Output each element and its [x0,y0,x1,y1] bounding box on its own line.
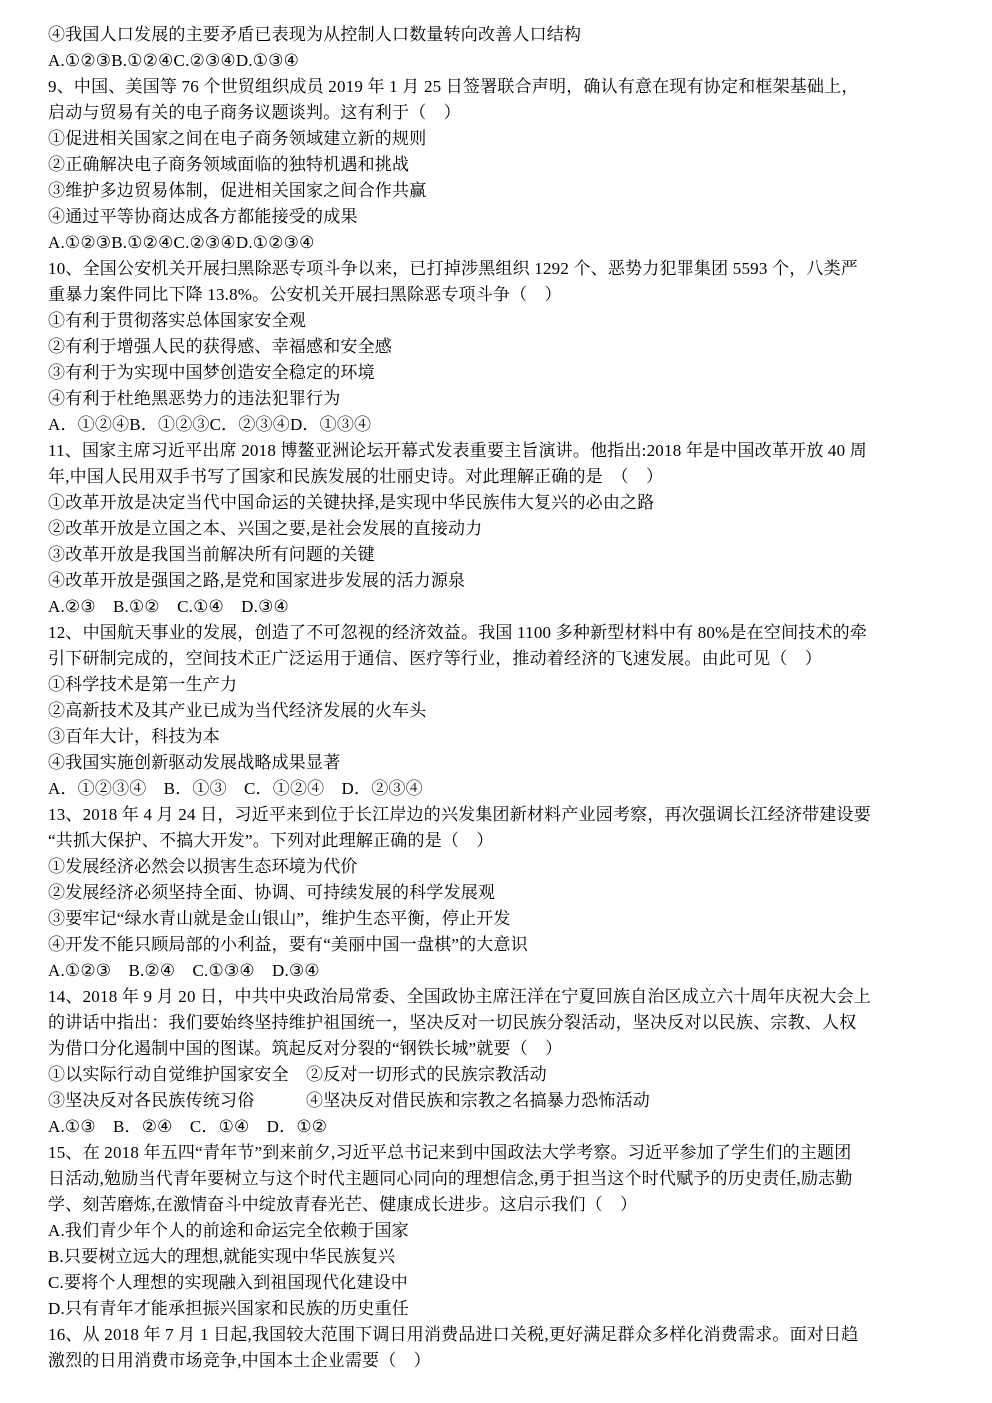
statement-line: ①有利于贯彻落实总体国家安全观 [48,308,944,334]
answer-options-line: A．①②④B．①②③C．②③④D．①③④ [48,412,944,438]
question-16-stem-line: 16、从 2018 年 7 月 1 日起,我国较大范围下调日用消费品进口关税,更… [48,1322,944,1348]
answer-option-line: C.要将个人理想的实现融入到祖国现代化建设中 [48,1270,944,1296]
statement-line: ②有利于增强人民的获得感、幸福感和安全感 [48,334,944,360]
statement-line: ③有利于为实现中国梦创造安全稳定的环境 [48,360,944,386]
question-12-stem-line: 引下研制完成的，空间技术正广泛运用于通信、医疗等行业，推动着经济的飞速发展。由此… [48,646,944,672]
answer-options-line: A.①②③B.①②④C.②③④D.①③④ [48,48,944,74]
statement-line: ③要牢记“绿水青山就是金山银山”，维护生态平衡，停止开发 [48,906,944,932]
question-9-stem-line: 启动与贸易有关的电子商务议题谈判。这有利于（ ） [48,100,944,126]
answer-option-line: B.只要树立远大的理想,就能实现中华民族复兴 [48,1244,944,1270]
statement-line: ①以实际行动自觉维护国家安全 ②反对一切形式的民族宗教活动 [48,1062,944,1088]
exam-document-page: ④我国人口发展的主要矛盾已表现为从控制人口数量转向改善人口结构 A.①②③B.①… [0,0,992,1403]
answer-options-line: A.①③ B．②④ C．①④ D．①② [48,1114,944,1140]
statement-line: ②高新技术及其产业已成为当代经济发展的火车头 [48,698,944,724]
statement-line: ①科学技术是第一生产力 [48,672,944,698]
question-10-stem-line: 10、全国公安机关开展扫黑除恶专项斗争以来，已打掉涉黑组织 1292 个、恶势力… [48,256,944,282]
question-15-stem-line: 日活动,勉励当代青年要树立与这个时代主题同心同向的理想信念,勇于担当这个时代赋予… [48,1166,944,1192]
question-14-stem-line: 的讲话中指出：我们要始终坚持维护祖国统一，坚决反对一切民族分裂活动，坚决反对以民… [48,1010,944,1036]
question-14-stem-line: 14、2018 年 9 月 20 日，中共中央政治局常委、全国政协主席汪洋在宁夏… [48,984,944,1010]
question-16-stem-line: 激烈的日用消费市场竞争,中国本土企业需要（ ） [48,1348,944,1374]
answer-options-line: A．①②③④ B．①③ C．①②④ D．②③④ [48,776,944,802]
statement-line: ③维护多边贸易体制，促进相关国家之间合作共赢 [48,178,944,204]
answer-option-line: D.只有青年才能承担振兴国家和民族的历史重任 [48,1296,944,1322]
statement-line: ④我国实施创新驱动发展战略成果显著 [48,750,944,776]
question-14-stem-line: 为借口分化遏制中国的图谋。筑起反对分裂的“钢铁长城”就要（ ） [48,1036,944,1062]
question-10-stem-line: 重暴力案件同比下降 13.8%。公安机关开展扫黑除恶专项斗争（ ） [48,282,944,308]
statement-line: ②改革开放是立国之本、兴国之要,是社会发展的直接动力 [48,516,944,542]
question-9-stem-line: 9、中国、美国等 76 个世贸组织成员 2019 年 1 月 25 日签署联合声… [48,74,944,100]
answer-options-line: A.①②③B.①②④C.②③④D.①②③④ [48,230,944,256]
statement-line: ④通过平等协商达成各方都能接受的成果 [48,204,944,230]
statement-line: ②发展经济必须坚持全面、协调、可持续发展的科学发展观 [48,880,944,906]
question-15-stem-line: 15、在 2018 年五四“青年节”到来前夕,习近平总书记来到中国政法大学考察。… [48,1140,944,1166]
question-11-stem-line: 11、国家主席习近平出席 2018 博鳌亚洲论坛开幕式发表重要主旨演讲。他指出:… [48,438,944,464]
answer-options-line: A.①②③ B.②④ C.①③④ D.③④ [48,958,944,984]
question-13-stem-line: “共抓大保护、不搞大开发”。下列对此理解正确的是（ ） [48,828,944,854]
statement-line: ①改革开放是决定当代中国命运的关键抉择,是实现中华民族伟大复兴的必由之路 [48,490,944,516]
text-line: ④我国人口发展的主要矛盾已表现为从控制人口数量转向改善人口结构 [48,22,944,48]
statement-line: ②正确解决电子商务领域面临的独特机遇和挑战 [48,152,944,178]
statement-line: ①发展经济必然会以损害生态环境为代价 [48,854,944,880]
statement-line: ④开发不能只顾局部的小利益，要有“美丽中国一盘棋”的大意识 [48,932,944,958]
statement-line: ④改革开放是强国之路,是党和国家进步发展的活力源泉 [48,568,944,594]
statement-line: ④有利于杜绝黑恶势力的违法犯罪行为 [48,386,944,412]
question-13-stem-line: 13、2018 年 4 月 24 日，习近平来到位于长江岸边的兴发集团新材料产业… [48,802,944,828]
statement-line: ①促进相关国家之间在电子商务领域建立新的规则 [48,126,944,152]
answer-option-line: A.我们青少年个人的前途和命运完全依赖于国家 [48,1218,944,1244]
question-11-stem-line: 年,中国人民用双手书写了国家和民族发展的壮丽史诗。对此理解正确的是 （ ） [48,464,944,490]
question-12-stem-line: 12、中国航天事业的发展，创造了不可忽视的经济效益。我国 1100 多种新型材料… [48,620,944,646]
statement-line: ③百年大计，科技为本 [48,724,944,750]
answer-options-line: A.②③ B.①② C.①④ D.③④ [48,594,944,620]
statement-line: ③改革开放是我国当前解决所有问题的关键 [48,542,944,568]
question-15-stem-line: 学、刻苦磨炼,在激情奋斗中绽放青春光芒、健康成长进步。这启示我们（ ） [48,1192,944,1218]
statement-line: ③坚决反对各民族传统习俗 ④坚决反对借民族和宗教之名搞暴力恐怖活动 [48,1088,944,1114]
